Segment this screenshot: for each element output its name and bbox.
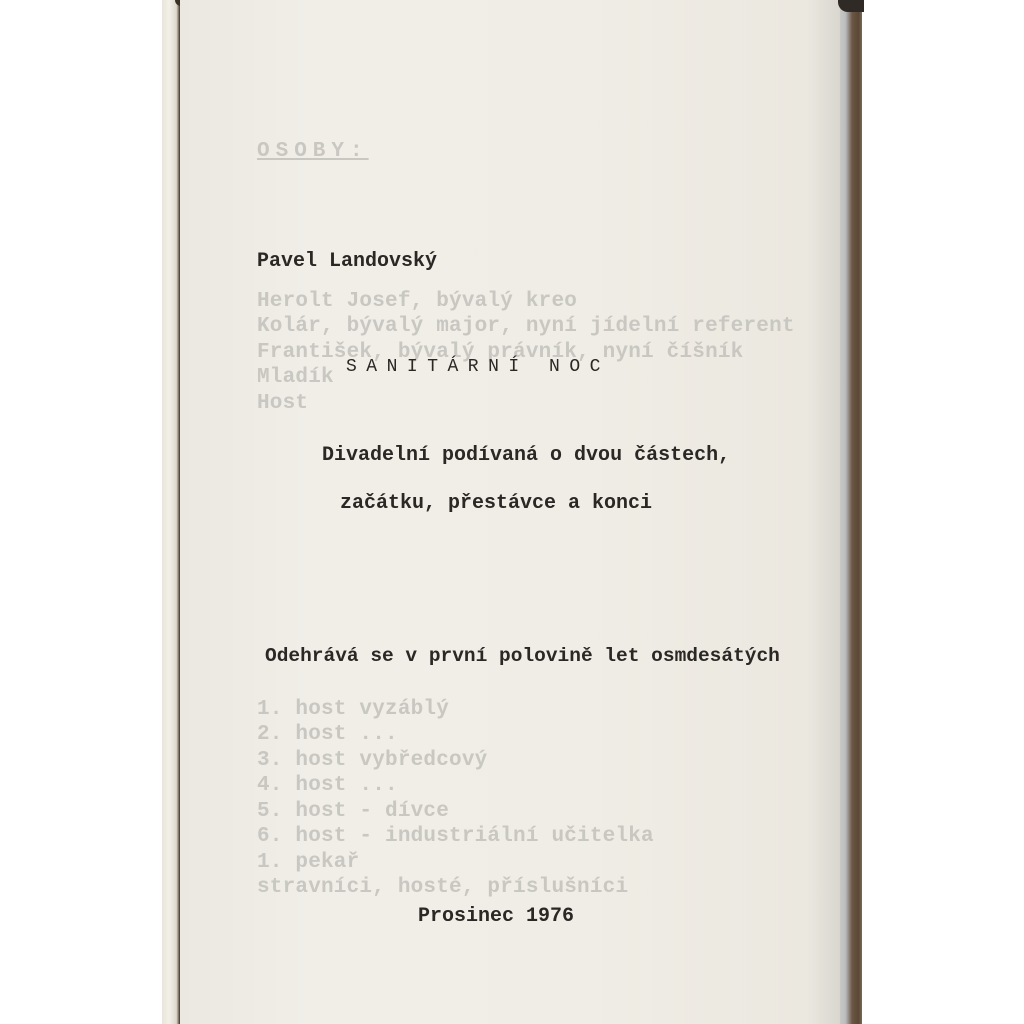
document-date: Prosinec 1976 xyxy=(418,905,574,928)
bleed-through-line xyxy=(257,620,795,646)
bleed-through-line: 1. host vyzáblý xyxy=(257,697,795,723)
bleed-through-line: Host xyxy=(257,391,795,417)
bleed-through-line: 5. host - dívce xyxy=(257,799,795,825)
bleed-through-line: 6. host - industriální učitelka xyxy=(257,824,795,850)
bleed-through-line xyxy=(257,595,795,621)
subtitle-line-2: začátku, přestávce a konci xyxy=(298,492,730,516)
play-subtitle: Divadelní podívaná o dvou částech, začát… xyxy=(298,420,730,540)
bleed-through-line: Herolt Josef, bývalý kreo xyxy=(257,289,795,315)
author-name: Pavel Landovský xyxy=(257,250,437,273)
bleed-through-line: 3. host vybředcový xyxy=(257,748,795,774)
bleed-through-line: 4. host ... xyxy=(257,773,795,799)
bleed-through-line: 1. pekař xyxy=(257,850,795,876)
bleed-through-line: stravníci, hosté, příslušníci xyxy=(257,875,795,901)
subtitle-line-1: Divadelní podívaná o dvou částech, xyxy=(322,444,730,467)
bleed-through-line xyxy=(257,569,795,595)
bleed-through-heading: OSOBY: xyxy=(257,139,795,165)
setting-note: Odehrává se v první polovině let osmdesá… xyxy=(265,645,780,667)
bleed-through-line: 2. host ... xyxy=(257,722,795,748)
bleed-through-line: Kolár, bývalý major, nyní jídelní refere… xyxy=(257,314,795,340)
bleed-through-lines: Herolt Josef, bývalý kreoKolár, bývalý m… xyxy=(257,289,795,901)
bleed-through-line xyxy=(257,671,795,697)
book-spine-left-edge xyxy=(162,0,180,1024)
book-right-edge xyxy=(840,0,862,1024)
play-title: SANITÁRNÍ NOC xyxy=(346,357,610,377)
book-corner-shadow-right xyxy=(838,0,864,12)
bleed-through-line xyxy=(257,544,795,570)
